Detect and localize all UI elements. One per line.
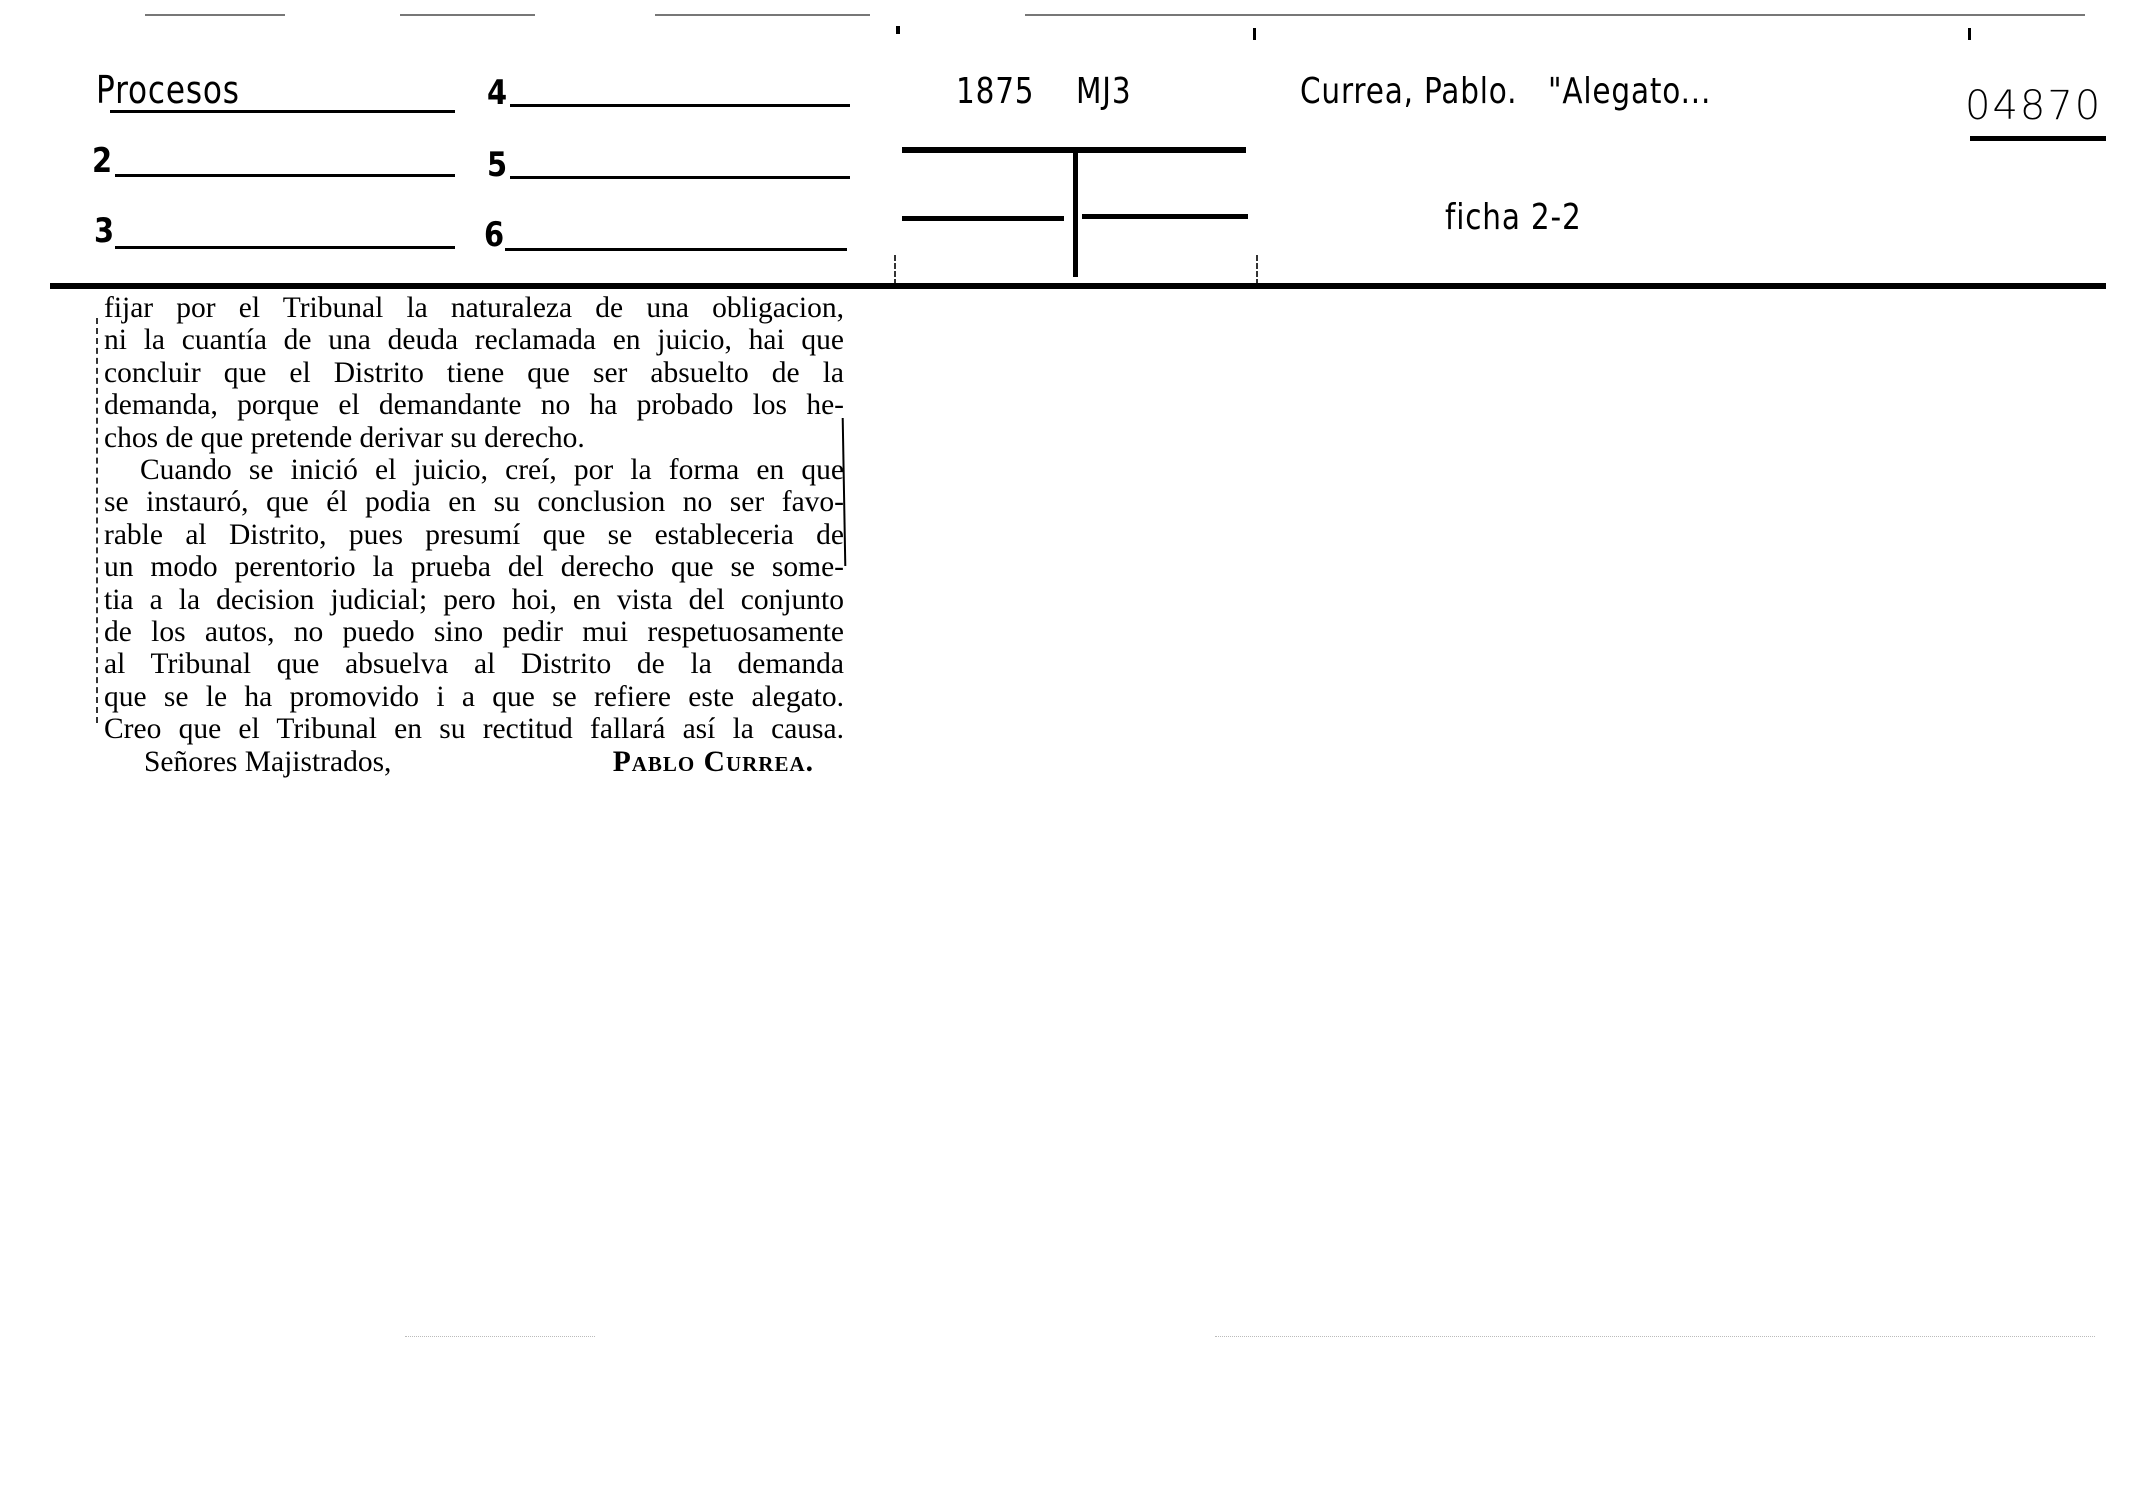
clipping-line: Cuando se inició el juicio, creí, por la… [104,454,844,486]
scan-speck-row [405,1336,595,1338]
record-number-underline [1970,136,2106,141]
clipping-line: al Tribunal que absuelva al Distrito de … [104,648,844,680]
field-3-line [115,246,455,249]
classification-mid-rule-left [902,216,1064,221]
field-5-label: 5 [487,146,507,184]
clipping-line: de los autos, no puedo sino pedir mui re… [104,616,844,648]
year: 1875 [956,72,1034,112]
clipping-left-border [96,318,98,723]
clipping-line: un modo perentorio la prueba del derecho… [104,551,844,583]
newspaper-clipping: fijar por el Tribunal la naturaleza de u… [104,292,844,778]
scan-speck-row [1215,1336,2095,1338]
field-1-label: Procesos [96,70,240,110]
field-2-label: 2 [92,142,112,180]
tick-mark [1968,28,1971,40]
clipping-line: demanda, porque el demandante no ha prob… [104,389,844,421]
top-rule-fragment [1025,14,2085,16]
clipping-line: tia a la decision judicial; pero hoi, en… [104,584,844,616]
header-bottom-rule [50,283,2106,289]
field-2-line [115,174,455,177]
field-6-line [505,248,847,251]
clipping-line: concluir que el Distrito tiene que ser a… [104,357,844,389]
field-6-label: 6 [484,216,504,254]
top-rule-fragment [400,14,535,16]
clipping-line: Creo que el Tribunal en su rectitud fall… [104,713,844,745]
field-4-label: 4 [487,74,507,112]
top-rule-fragment [655,14,870,16]
ficha-label: ficha 2-2 [1445,198,1582,238]
clipping-line: que se le ha promovido i a que se refier… [104,681,844,713]
clipping-line: se instauró, que él podia en su conclusi… [104,486,844,518]
classification-vertical-rule [1073,153,1078,277]
author-title: Currea, Pablo. "Alegato... [1300,72,1711,112]
tick-mark [896,26,900,34]
column-divider [894,255,896,285]
field-3-label: 3 [94,212,114,250]
code: MJ3 [1076,72,1131,112]
tick-mark [1253,28,1256,40]
salutation: Señores Majistrados, [144,746,391,778]
column-divider [1256,255,1258,285]
clipping-line: ni la cuantía de una deuda reclamada en … [104,324,844,356]
field-4-line [510,104,850,107]
top-rule-fragment [145,14,285,16]
signature: Pablo Currea. [613,746,814,778]
clipping-line: rable al Distrito, pues presumí que se e… [104,519,844,551]
clipping-line: chos de que pretende derivar su derecho. [104,422,844,454]
signature-row: Señores Majistrados, Pablo Currea. [104,746,844,778]
field-1-line [110,110,455,113]
field-5-line [510,176,850,179]
record-number: 04870 [1965,84,2102,128]
clipping-line: fijar por el Tribunal la naturaleza de u… [104,292,844,324]
classification-mid-rule-right [1082,214,1248,219]
